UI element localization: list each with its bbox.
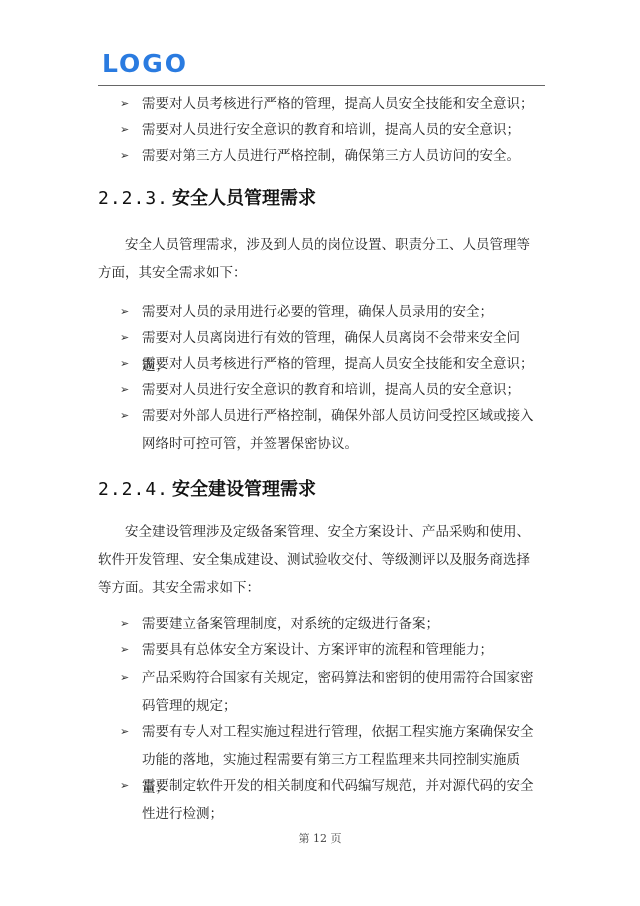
logo: LOGO [102,50,188,78]
page-number: 第 12 页 [0,830,640,846]
arrow-bullet-icon: ➢ [120,90,129,118]
list-item: ➢ 需要对人员的录用进行必要的管理，确保人员录用的安全； [120,298,540,326]
list-item: ➢ 需要建立备案管理制度，对系统的定级进行备案； [120,610,540,638]
list-item: ➢ 需要对人员考核进行严格的管理，提高人员安全技能和安全意识； [120,90,540,118]
section-paragraph: 安全建设管理涉及定级备案管理、安全方案设计、产品采购和使用、软件开发管理、安全集… [98,518,538,602]
list-item-text: 产品采购符合国家有关规定，密码算法和密钥的使用需符合国家密码管理的规定； [142,664,540,720]
arrow-bullet-icon: ➢ [120,350,129,378]
section-number: 2.2.3. [98,186,172,212]
list-item-text: 需要对人员进行安全意识的教育和培训，提高人员的安全意识； [142,116,540,144]
section-number: 2.2.4. [98,477,172,503]
arrow-bullet-icon: ➢ [120,142,129,170]
list-item: ➢ 需要制定软件开发的相关制度和代码编写规范，并对源代码的安全性进行检测； [120,772,540,828]
arrow-bullet-icon: ➢ [120,636,129,664]
list-item-text: 需要对人员考核进行严格的管理，提高人员安全技能和安全意识； [142,350,540,378]
list-item-text: 需要对人员进行安全意识的教育和培训，提高人员的安全意识； [142,376,540,404]
arrow-bullet-icon: ➢ [120,324,129,352]
section-paragraph: 安全人员管理需求，涉及到人员的岗位设置、职责分工、人员管理等方面，其安全需求如下… [98,231,538,287]
arrow-bullet-icon: ➢ [120,772,129,800]
list-item-text: 需要对人员考核进行严格的管理，提高人员安全技能和安全意识； [142,90,540,118]
list-item: ➢ 需要对第三方人员进行严格控制，确保第三方人员访问的安全。 [120,142,540,170]
arrow-bullet-icon: ➢ [120,116,129,144]
list-item-text: 需要对第三方人员进行严格控制，确保第三方人员访问的安全。 [142,142,540,170]
section-title: 安全建设管理需求 [172,479,316,500]
header-divider [98,85,545,86]
arrow-bullet-icon: ➢ [120,298,129,326]
list-item: ➢ 需要对人员考核进行严格的管理，提高人员安全技能和安全意识； [120,350,540,378]
arrow-bullet-icon: ➢ [120,402,129,430]
section-heading-2-2-4: 2.2.4.安全建设管理需求 [98,477,316,503]
section-heading-2-2-3: 2.2.3.安全人员管理需求 [98,186,316,212]
list-item-text: 需要对外部人员进行严格控制，确保外部人员访问受控区域或接入网络时可控可管，并签署… [142,402,540,458]
list-item: ➢ 需要对人员进行安全意识的教育和培训，提高人员的安全意识； [120,116,540,144]
list-item-text: 需要制定软件开发的相关制度和代码编写规范，并对源代码的安全性进行检测； [142,772,540,828]
list-item: ➢ 需要对人员进行安全意识的教育和培训，提高人员的安全意识； [120,376,540,404]
arrow-bullet-icon: ➢ [120,376,129,404]
section-title: 安全人员管理需求 [172,188,316,209]
list-item: ➢ 需要对外部人员进行严格控制，确保外部人员访问受控区域或接入网络时可控可管，并… [120,402,540,458]
list-item: ➢ 产品采购符合国家有关规定，密码算法和密钥的使用需符合国家密码管理的规定； [120,664,540,720]
list-item-text: 需要建立备案管理制度，对系统的定级进行备案； [142,610,540,638]
arrow-bullet-icon: ➢ [120,718,129,746]
list-item-text: 需要对人员的录用进行必要的管理，确保人员录用的安全； [142,298,540,326]
list-item-text: 需要具有总体安全方案设计、方案评审的流程和管理能力； [142,636,540,664]
list-item: ➢ 需要具有总体安全方案设计、方案评审的流程和管理能力； [120,636,540,664]
arrow-bullet-icon: ➢ [120,664,129,692]
arrow-bullet-icon: ➢ [120,610,129,638]
